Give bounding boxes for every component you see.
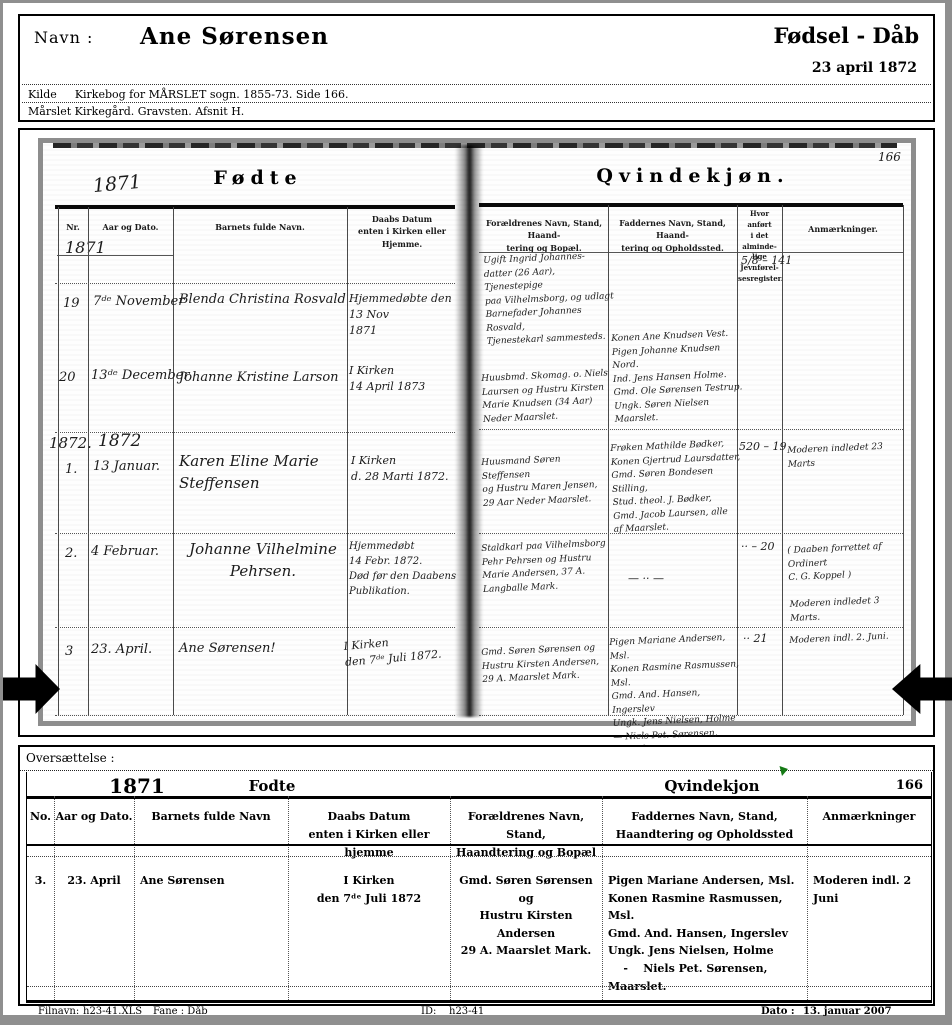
scan-row-hvor: 520 – 19 [739, 439, 787, 455]
scan-year-1872-left: 1872. [49, 433, 92, 455]
cell-faddere: Pigen Mariane Andersen, Msl. Konen Rasmi… [602, 858, 807, 988]
scan-row-dato: 13 Januar. [93, 458, 160, 477]
scan-col-navn: Barnets fulde Navn. [173, 221, 347, 233]
record-date: 23 april 1872 [812, 60, 917, 76]
record-type-title: Fødsel - Dåb [774, 23, 919, 48]
scan-row-navn: Ane Sørensen! [179, 640, 276, 659]
col-header-dato: Aar og Dato. [54, 802, 134, 844]
divider [22, 84, 931, 85]
scan-row-navn: Johanne Kristine Larson [179, 369, 339, 388]
row-line [55, 627, 455, 628]
header-box: Navn : Ane Sørensen Fødsel - Dåb 23 apri… [18, 14, 935, 122]
scan-row-hvor: ·· 21 [743, 631, 768, 647]
scan-row-dato: 4 Februar. [91, 543, 159, 562]
scan-col-nr: Nr. [58, 221, 88, 233]
col-header-daab: Daabs Datum enten i Kirken eller hjemme [288, 802, 450, 844]
scan-row-navn: Karen Eline Marie Steffensen [179, 451, 319, 495]
scan-row-hvor: ·· – 20 [741, 539, 774, 555]
scan-row-foraeldre: Ugift Ingrid Johannes- datter (26 Aar), … [483, 249, 617, 349]
row-line [27, 856, 931, 857]
scan-row-dato: 7ᵈᵉ November [93, 293, 184, 312]
scan-row-nr: 3 [65, 643, 73, 662]
person-name: Ane Sørensen [140, 23, 329, 50]
scan-col-anm: Anmærkninger. [783, 223, 903, 235]
row-line [479, 627, 903, 628]
col-header-no: No. [27, 802, 54, 844]
navn-label: Navn : [34, 28, 93, 47]
scan-row-navn: Blenda Christina Rosvald [179, 291, 346, 310]
dato-label: Dato : [761, 1006, 795, 1017]
scan-row-nr: 1. [65, 461, 77, 480]
scan-col-foraeldre: Forældrenes Navn, Stand, Haand- tering o… [481, 217, 607, 254]
scan-page-number: 166 [878, 149, 901, 166]
source-line: KildeKirkebog for MÅRSLET sogn. 1855-73.… [28, 88, 349, 101]
scan-row-foraeldre: Gmd. Søren Sørensen og Hustru Kirsten An… [481, 641, 613, 687]
scan-row-dato: 13ᵈᵉ December [91, 367, 190, 386]
id-label: ID: [421, 1006, 436, 1017]
scan-col-daab: Daabs Datum enten i Kirken eller Hjemme. [347, 213, 457, 250]
scan-row-nr: 19 [63, 295, 80, 314]
scan-row-anm: Moderen indledet 23 Marts [787, 440, 906, 472]
scan-year-heading: 1871 [92, 169, 143, 201]
source-label: Kilde [28, 88, 57, 101]
scan-right-title: Qvindekjøn. [563, 165, 823, 187]
dato-value: 13. januar 2007 [803, 1006, 892, 1017]
divider [22, 102, 931, 103]
scan-row-nr: 20 [59, 369, 76, 388]
scan-row-navn: Johanne Vilhelmine Pehrsen. [183, 539, 343, 583]
scan-row-hvor: 5/8 – 141 [741, 253, 792, 269]
id-value: h23-41 [449, 1006, 484, 1017]
scan-row-faddere: Frøken Mathilde Bødker, Konen Gjertrud L… [610, 437, 744, 537]
scan-row-faddere: Pigen Mariane Andersen, Msl. Konen Rasmi… [609, 631, 746, 758]
rule [55, 205, 455, 209]
rule [27, 844, 931, 846]
cell-daab: I Kirken den 7ᵈᵉ Juli 1872 [288, 858, 450, 988]
scan-left-title: Fødte [138, 167, 378, 189]
row-line [55, 283, 455, 284]
col-header-foraeldre: Forældrenes Navn, Stand, Haandtering og … [450, 802, 602, 844]
scan-row-daab: I Kirken den 7ᵈᵉ Juli 1872. [343, 629, 465, 671]
scan-year-1872-right: 1872 [98, 429, 141, 454]
cell-dato: 23. April [54, 858, 134, 988]
divider [20, 770, 933, 771]
scan-row-daab: I Kirken d. 28 Marti 1872. [351, 453, 461, 485]
row-line [55, 715, 455, 716]
rule [57, 255, 173, 256]
col-header-navn: Barnets fulde Navn [134, 802, 288, 844]
cell-foraeldre: Gmd. Søren Sørensen og Hustru Kirsten An… [450, 858, 602, 988]
scan-row-faddere: Konen Ane Knudsen Vest. Pigen Johanne Kn… [611, 327, 745, 427]
status-bar: Filnavn: h23-41.XLS Fane : Dåb ID: h23-4… [3, 1006, 945, 1019]
translation-table: 1871 Fodte Qvindekjon 166 No. Aar og Dat… [26, 772, 932, 1003]
band-year: 1871 [82, 774, 192, 798]
source-note: Mårslet Kirkegård. Gravsten. Afsnit H. [28, 105, 244, 118]
rule [479, 203, 903, 207]
scan-row-daab: I Kirken 14 April 1873 [349, 363, 459, 395]
rule [27, 796, 931, 799]
scan-box: 1871 Fødte Nr. Aar og Dato. Barnets fuld… [18, 128, 935, 737]
scan-col-hvor: Hvor anført i det alminde- lige Jevnføre… [738, 209, 781, 285]
scan-col-faddere: Faddernes Navn, Stand, Haand- tering og … [610, 217, 735, 254]
row-line [55, 533, 455, 534]
scan-row-foraeldre: Huusbmd. Skomag. o. Niels Laursen og Hus… [481, 367, 613, 427]
filnavn-value: h23-41.XLS [83, 1006, 142, 1017]
fane-label: Fane : Dåb [153, 1006, 208, 1017]
translation-box: Oversættelse : 1871 Fodte Qvindekjon 166… [18, 745, 935, 1006]
church-register-scan: 1871 Fødte Nr. Aar og Dato. Barnets fuld… [38, 138, 916, 726]
scan-row-dato: 23. April. [91, 641, 152, 660]
report-page: Navn : Ane Sørensen Fødsel - Dåb 23 apri… [3, 3, 945, 1015]
band-left-title: Fodte [202, 777, 342, 795]
row-line [27, 986, 931, 987]
filnavn-label: Filnavn: [38, 1006, 79, 1017]
translation-label: Oversættelse : [26, 751, 115, 765]
scan-col-dato: Aar og Dato. [88, 221, 173, 233]
scan-row-nr: 2. [65, 545, 77, 564]
row-line [479, 429, 903, 430]
scan-row-faddere: — ·· — [628, 571, 664, 587]
scan-row-daab: Hjemmedøbte den 13 Nov 1871 [349, 291, 459, 339]
scan-row-daab: Hjemmedøbt 14 Febr. 1872. Død før den Da… [349, 539, 459, 599]
source-text: Kirkebog for MÅRSLET sogn. 1855-73. Side… [75, 88, 349, 101]
scan-row-anm: ( Daaben forrettet af Ordinert C. G. Kop… [787, 540, 910, 626]
cell-no: 3. [27, 858, 54, 988]
scan-row-foraeldre: Huusmand Søren Steffensen og Hustru Mare… [481, 451, 613, 511]
scan-row-foraeldre: Staldkarl paa Vilhelmsborg Pehr Pehrsen … [481, 537, 613, 597]
band-page-number: 166 [896, 778, 923, 793]
scan-row-anm: Moderen indl. 2. Juni. [789, 630, 907, 649]
col-header-anm: Anmærkninger [807, 802, 931, 844]
cell-navn: Ane Sørensen [134, 858, 288, 988]
band-right-title: Qvindekjon [627, 777, 797, 795]
cell-anm: Moderen indl. 2 Juni [807, 858, 931, 988]
col-header-faddere: Faddernes Navn, Stand, Haandtering og Op… [602, 802, 807, 844]
grid-line [782, 205, 783, 715]
